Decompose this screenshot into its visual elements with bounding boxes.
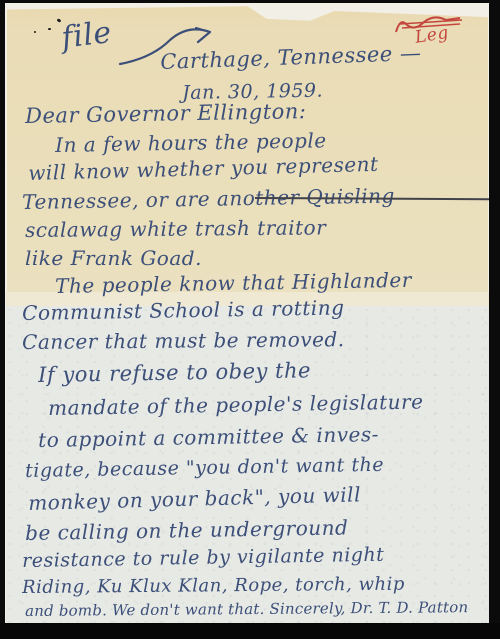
salutation: Dear Governor Ellington: [25, 101, 307, 127]
letter-line: scalawag white trash traitor [25, 217, 326, 240]
letter-line: Cancer that must be removed. [22, 329, 345, 352]
scan-edge-top [0, 0, 500, 3]
letter-line: like Frank Goad. [25, 248, 202, 268]
letter-line: If you refuse to obey the [38, 360, 311, 386]
letter-line: In a few hours the people [55, 130, 327, 155]
letter-line: be calling on the underground [25, 517, 348, 543]
file-annotation: file [60, 18, 113, 54]
ink-speck [48, 28, 51, 30]
ink-speck [34, 31, 36, 33]
scanned-letter-page: { "document": { "kind": "handwritten let… [0, 0, 500, 639]
scan-edge-bottom [0, 623, 500, 639]
scan-edge-right [489, 0, 500, 639]
letter-line: The people know that Highlander [55, 270, 412, 296]
letter-line: Communist School is a rotting [22, 297, 345, 323]
letter-closing-line: and bomb. We don't want that. Sincerely,… [25, 600, 468, 619]
letter-line: to appoint a committee & inves- [38, 424, 379, 450]
letter-line: mandate of the people's legislature [48, 391, 424, 418]
letter-line: Riding, Ku Klux Klan, Rope, torch, whip [22, 576, 405, 597]
scan-edge-left [0, 0, 5, 639]
